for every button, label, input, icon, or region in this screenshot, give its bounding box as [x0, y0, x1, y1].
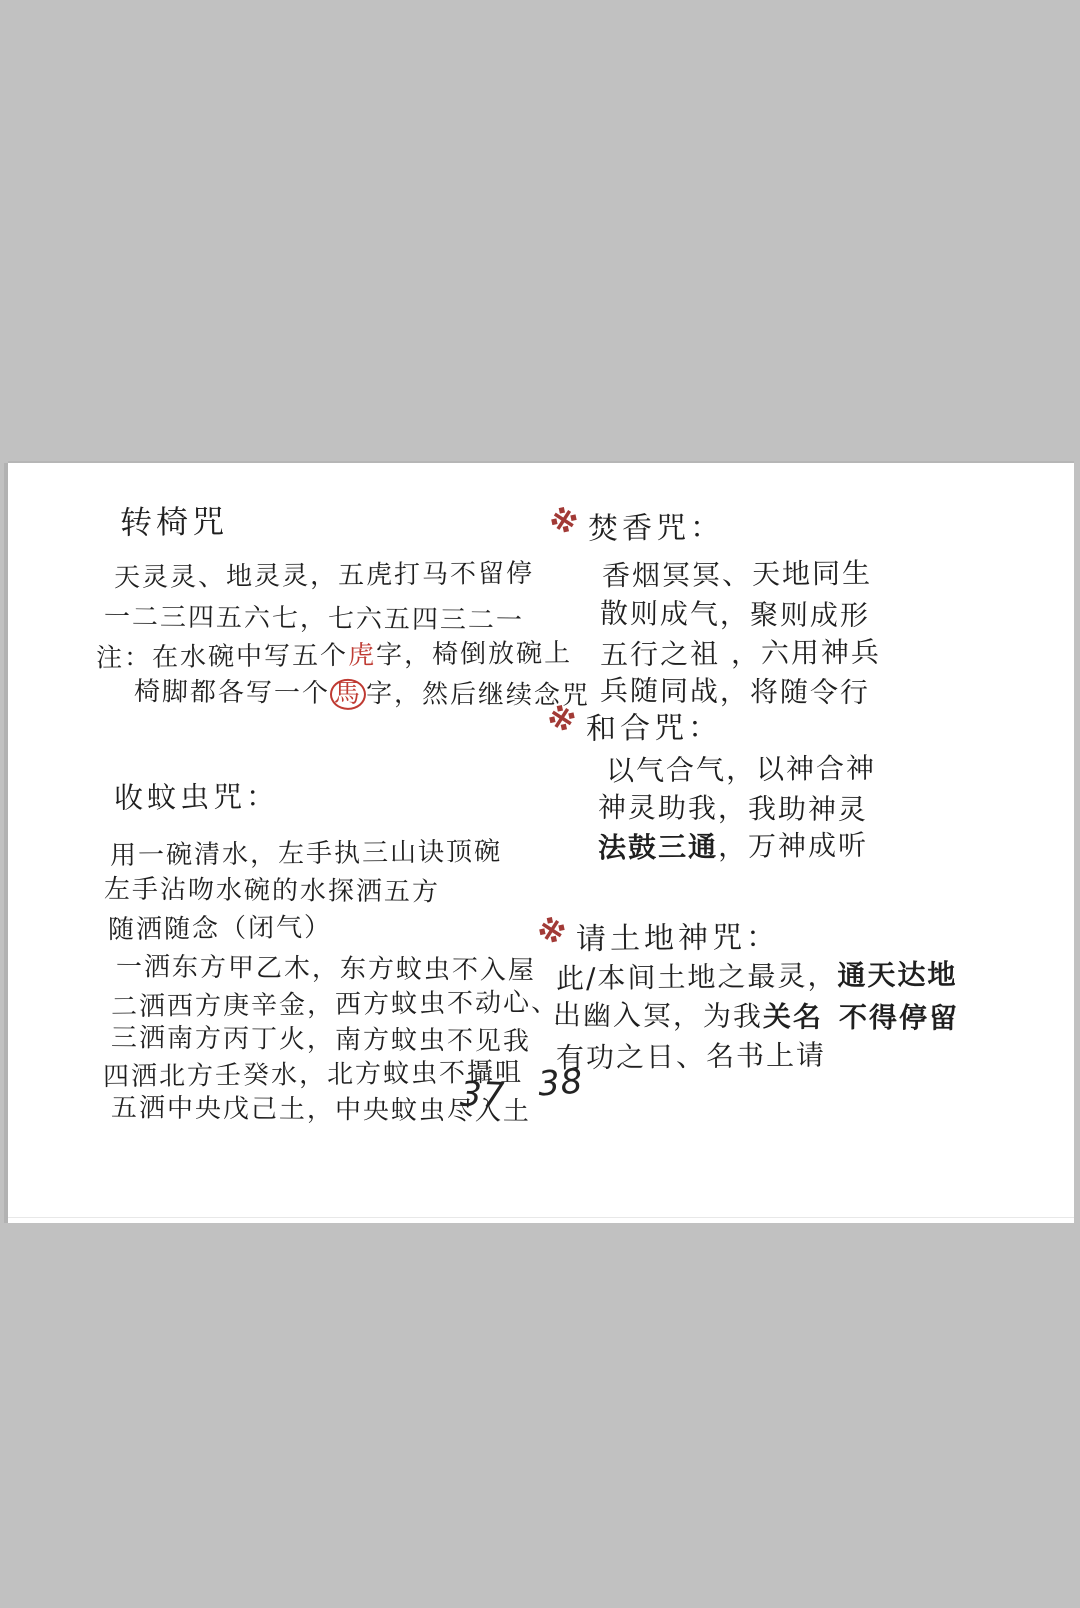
spell-line: 此/本间土地之最灵，通天达地: [556, 953, 958, 997]
spell-title-earth-god-invitation: 请土地神咒：: [576, 912, 780, 958]
spell-line: 用一碗清水，左手执三山诀顶碗: [110, 831, 502, 872]
spell-line: 天灵灵、地灵灵，五虎打马不留停: [114, 553, 534, 594]
spell-title-chair-spinning: 转椅咒: [120, 496, 228, 543]
page-number-right: 38: [537, 1061, 585, 1104]
spell-line: 以气合气，以神合神: [606, 747, 876, 790]
red-reference-mark: ※: [535, 912, 571, 952]
spell-line: 一洒东方甲乙木，东方蚊虫不入屋: [116, 946, 536, 987]
spell-line: 神灵助我，我助神灵: [598, 786, 868, 828]
emphasized-text: 关名: [763, 1000, 823, 1034]
red-character-tiger: 虎: [348, 641, 376, 671]
spell-note-line: 注：在水碗中写五个虎字，椅倒放碗上: [96, 633, 572, 675]
spell-line: 左手沾吻水碗的水探洒五方: [104, 869, 440, 909]
red-reference-mark: ※: [547, 502, 583, 542]
red-character-horse-circled: 馬: [330, 679, 366, 711]
note-text: 椅脚都各写一个: [134, 677, 330, 709]
scanned-notebook-background: { "colors": { "background": "#c1c1c1", "…: [0, 0, 1080, 1608]
spell-line: 随洒随念（闭气）: [108, 907, 332, 946]
note-text: 字，椅倒放碗上: [376, 639, 572, 671]
spell-title-incense-burning: 焚香咒：: [588, 502, 724, 547]
spell-note-line: 椅脚都各写一个馬字，然后继续念咒: [134, 671, 590, 712]
emphasized-text: 不得停留: [839, 1001, 959, 1035]
spell-title-mosquito-collecting: 收蚊虫咒：: [114, 774, 279, 817]
spell-line: 五行之祖 ，六用神兵: [600, 631, 881, 674]
spell-line: 香烟冥冥、天地同生: [602, 552, 872, 595]
spell-line: 出幽入冥，为我关名不得停留: [553, 993, 959, 1037]
scan-artifact-line: [8, 1217, 1074, 1218]
page-number-left: 37: [459, 1074, 506, 1116]
spell-line: 有功之日、名书上请: [556, 1034, 826, 1077]
emphasized-text: 通天达地: [837, 958, 957, 992]
spell-text: 出幽入冥，为我: [553, 998, 763, 1033]
spell-line: 一二三四五六七，七六五四三二一: [104, 596, 524, 637]
spell-line: 散则成气，聚则成形: [600, 592, 870, 634]
spell-text: ，万神成听: [718, 829, 868, 864]
emphasized-text: 法鼓三通: [598, 830, 718, 864]
spell-title-harmony: 和合咒：: [586, 702, 722, 747]
spell-text: 此/本间土地之最灵，: [556, 959, 838, 995]
spell-line: 法鼓三通，万神成听: [598, 824, 868, 867]
notebook-page-scan: 转椅咒 天灵灵、地灵灵，五虎打马不留停 一二三四五六七，七六五四三二一 注：在水…: [8, 463, 1074, 1223]
note-text: 注：在水碗中写五个: [96, 641, 348, 674]
